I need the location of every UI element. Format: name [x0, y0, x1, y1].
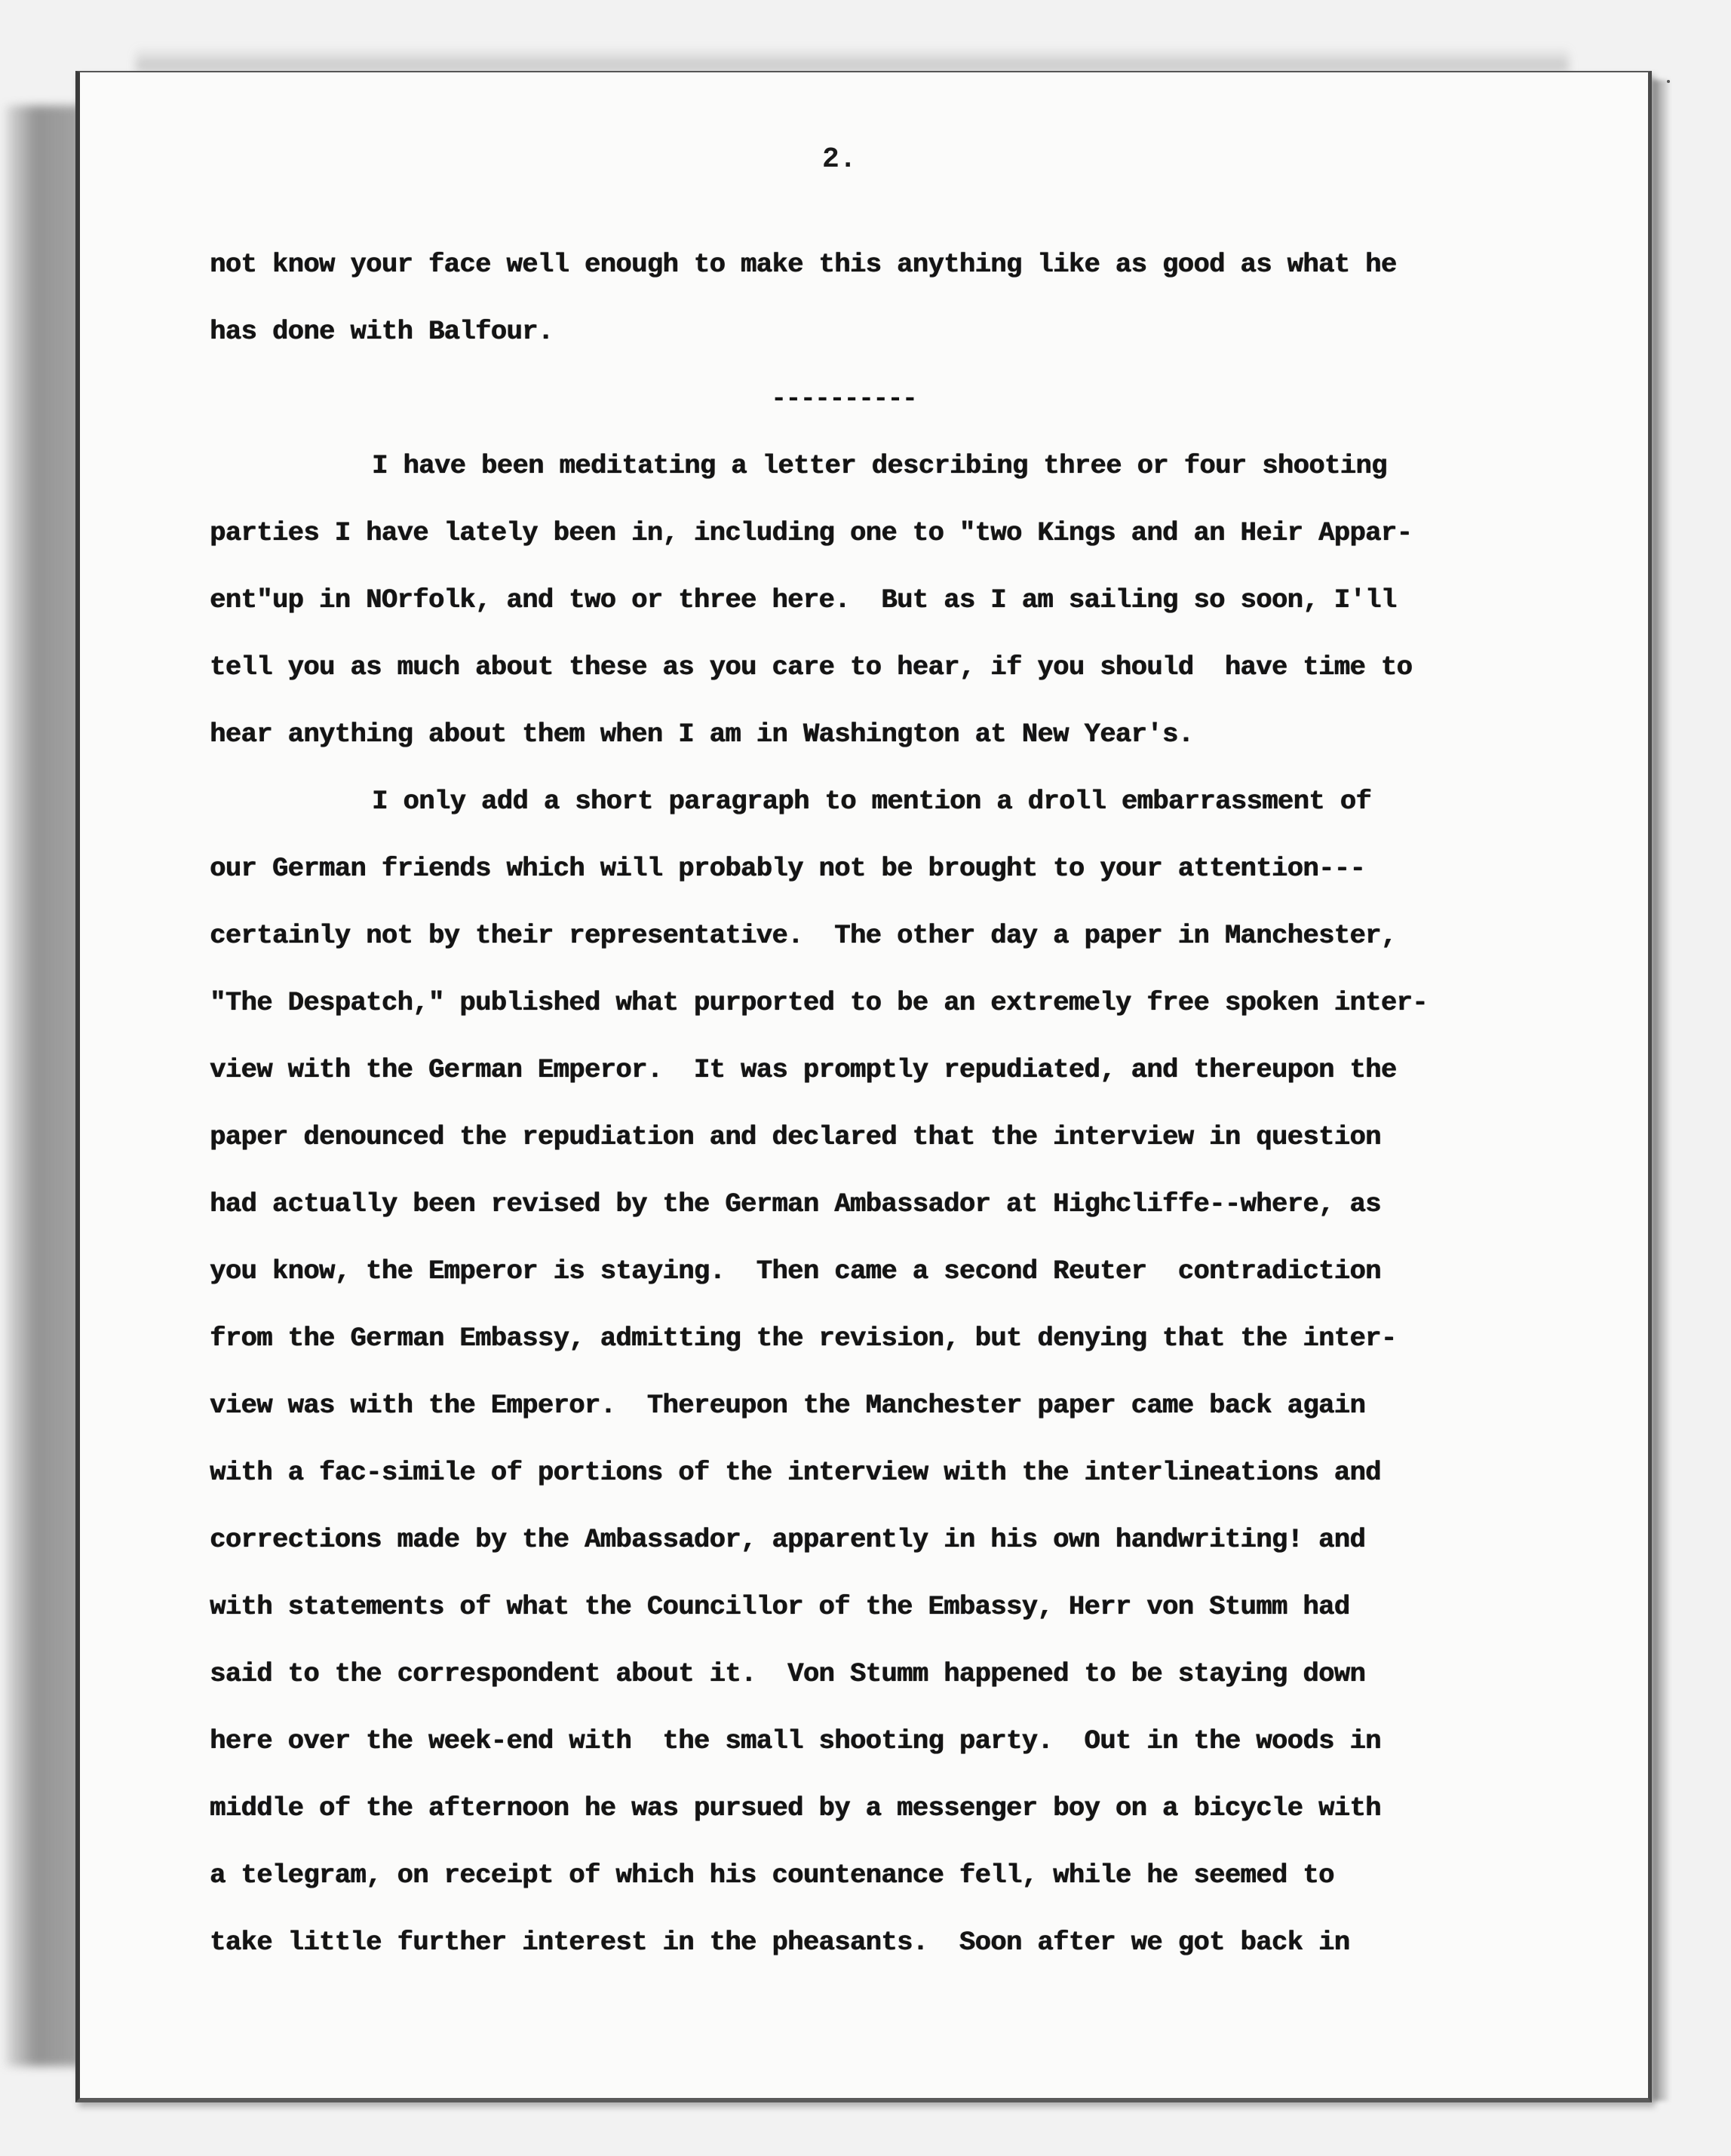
text-line: certainly not by their representative. T…: [210, 902, 1537, 969]
scan-shadow-left: [6, 106, 81, 2066]
text-line: I have been meditating a letter describi…: [210, 432, 1537, 499]
text-line: said to the correspondent about it. Von …: [210, 1640, 1537, 1707]
scan-shadow-top: [136, 47, 1569, 71]
letter-body: not know your face well enough to make t…: [210, 231, 1537, 1976]
page-edge-shadow: [1653, 80, 1669, 2101]
text-line: a telegram, on receipt of which his coun…: [210, 1842, 1537, 1909]
paragraph-german-embarrassment: I only add a short paragraph to mention …: [210, 768, 1537, 1976]
text-line: I only add a short paragraph to mention …: [210, 768, 1537, 835]
text-line: ent"up in NOrfolk, and two or three here…: [210, 566, 1537, 633]
text-line: had actually been revised by the German …: [210, 1170, 1537, 1237]
text-line: view with the German Emperor. It was pro…: [210, 1036, 1537, 1103]
text-line: corrections made by the Ambassador, appa…: [210, 1506, 1537, 1573]
text-line: parties I have lately been in, including…: [210, 499, 1537, 566]
text-line: with a fac-simile of portions of the int…: [210, 1439, 1537, 1506]
section-separator: ----------: [210, 365, 1537, 432]
paragraph-shooting-parties: I have been meditating a letter describi…: [210, 432, 1537, 768]
text-line: hear anything about them when I am in Wa…: [210, 701, 1537, 768]
text-line: has done with Balfour.: [210, 298, 1537, 365]
text-line: not know your face well enough to make t…: [210, 231, 1537, 298]
text-line: our German friends which will probably n…: [210, 835, 1537, 902]
text-line: paper denounced the repudiation and decl…: [210, 1103, 1537, 1170]
text-line: view was with the Emperor. Thereupon the…: [210, 1372, 1537, 1439]
text-line: take little further interest in the phea…: [210, 1909, 1537, 1976]
text-line: you know, the Emperor is staying. Then c…: [210, 1237, 1537, 1305]
page-number: 2.: [822, 143, 857, 176]
text-line: here over the week-end with the small sh…: [210, 1707, 1537, 1774]
text-line: "The Despatch," published what purported…: [210, 969, 1537, 1036]
text-line: with statements of what the Councillor o…: [210, 1573, 1537, 1640]
text-line: from the German Embassy, admitting the r…: [210, 1305, 1537, 1372]
text-line: tell you as much about these as you care…: [210, 633, 1537, 701]
text-line: middle of the afternoon he was pursued b…: [210, 1774, 1537, 1842]
